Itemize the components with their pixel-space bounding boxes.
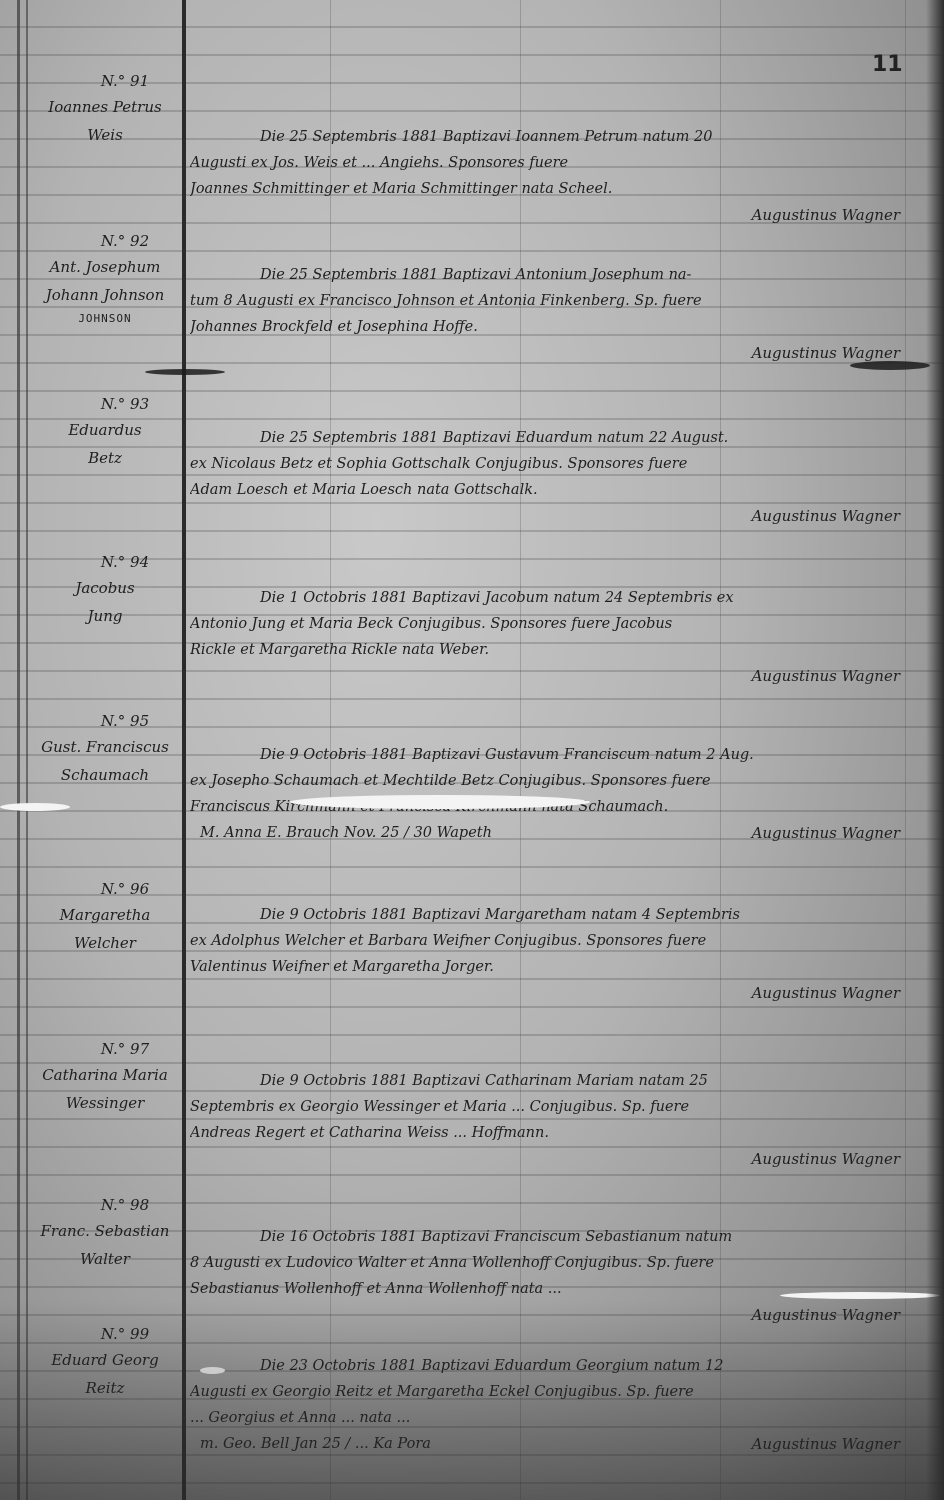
entry-line: Sebastianus Wollenhoff et Anna Wollenhof… <box>190 1276 910 1302</box>
entry-line: Die 9 Octobris 1881 Baptizavi Margaretha… <box>190 902 910 928</box>
entry-text: Die 9 Octobris 1881 Baptizavi Margaretha… <box>190 902 910 1006</box>
entry-number: N.° 94 <box>70 553 180 571</box>
priest-signature: Augustinus Wagner <box>190 1146 910 1172</box>
child-surname: Walter <box>30 1250 180 1268</box>
scan-shadow <box>0 1300 944 1500</box>
entry-text: Die 9 Octobris 1881 Baptizavi Catharinam… <box>190 1068 910 1172</box>
child-surname: Betz <box>30 449 180 467</box>
entry-line: ex Nicolaus Betz et Sophia Gottschalk Co… <box>190 451 910 477</box>
child-surname: Jung <box>30 607 180 625</box>
priest-signature: Augustinus Wagner <box>190 503 910 529</box>
child-surname: Wessinger <box>30 1094 180 1112</box>
margin-annotation: JOHNSON <box>30 312 180 325</box>
entry-line: Die 9 Octobris 1881 Baptizavi Gustavum F… <box>190 742 910 768</box>
entry-line: Joannes Schmittinger et Maria Schmitting… <box>190 176 910 202</box>
entry-line: Die 16 Octobris 1881 Baptizavi Franciscu… <box>190 1224 910 1250</box>
entry-line: tum 8 Augusti ex Francisco Johnson et An… <box>190 288 910 314</box>
entry-number: N.° 97 <box>70 1040 180 1058</box>
entry-line: Andreas Regert et Catharina Weiss ... Ho… <box>190 1120 910 1146</box>
margin-rule-inner <box>26 0 28 1500</box>
entry-margin: N.° 96 Margaretha Welcher <box>30 880 180 952</box>
entry-line: Augusti ex Jos. Weis et ... Angiehs. Spo… <box>190 150 910 176</box>
child-surname: Weis <box>30 126 180 144</box>
scan-blot <box>0 803 70 811</box>
entry-line: Rickle et Margaretha Rickle nata Weber. <box>190 637 910 663</box>
entry-margin: N.° 92 Ant. Josephum Johann Johnson JOHN… <box>30 232 180 325</box>
entry-line: Die 25 Septembris 1881 Baptizavi Ioannem… <box>190 124 910 150</box>
entry-text: Die 9 Octobris 1881 Baptizavi Gustavum F… <box>190 742 910 846</box>
entry-number: N.° 96 <box>70 880 180 898</box>
entry-margin: N.° 94 Jacobus Jung <box>30 553 180 625</box>
marriage-note: M. Anna E. Brauch Nov. 25 / 30 Wapeth <box>190 820 492 846</box>
entry-margin: N.° 91 Ioannes Petrus Weis <box>30 72 180 144</box>
child-surname: Johann Johnson <box>30 286 180 304</box>
child-given-name: Ioannes Petrus <box>30 98 180 116</box>
entry-text: Die 1 Octobris 1881 Baptizavi Jacobum na… <box>190 585 910 689</box>
child-surname: Schaumach <box>30 766 180 784</box>
entry-line: Die 9 Octobris 1881 Baptizavi Catharinam… <box>190 1068 910 1094</box>
entry-line: 8 Augusti ex Ludovico Walter et Anna Wol… <box>190 1250 910 1276</box>
entry-margin: N.° 98 Franc. Sebastian Walter <box>30 1196 180 1268</box>
entry-number: N.° 93 <box>70 395 180 413</box>
scan-blot <box>290 795 590 809</box>
entry-line: Die 1 Octobris 1881 Baptizavi Jacobum na… <box>190 585 910 611</box>
margin-rule-outer <box>17 0 20 1500</box>
scan-blot <box>780 1292 940 1299</box>
priest-signature: Augustinus Wagner <box>190 202 910 228</box>
ink-smudge <box>850 361 930 370</box>
priest-signature: Augustinus Wagner <box>190 663 910 689</box>
child-given-name: Franc. Sebastian <box>30 1222 180 1240</box>
entry-number: N.° 92 <box>70 232 180 250</box>
entry-line: Die 25 Septembris 1881 Baptizavi Antoniu… <box>190 262 910 288</box>
entry-line: Die 25 Septembris 1881 Baptizavi Eduardu… <box>190 425 910 451</box>
entry-line: Johannes Brockfeld et Josephina Hoffe. <box>190 314 910 340</box>
entry-text: Die 25 Septembris 1881 Baptizavi Antoniu… <box>190 262 910 366</box>
entry-line: Septembris ex Georgio Wessinger et Maria… <box>190 1094 910 1120</box>
child-given-name: Eduardus <box>30 421 180 439</box>
entry-line: ex Josepho Schaumach et Mechtilde Betz C… <box>190 768 910 794</box>
column-divider <box>182 0 186 1500</box>
page-number: 11 <box>872 52 903 77</box>
priest-signature: Augustinus Wagner <box>190 340 910 366</box>
child-given-name: Ant. Josephum <box>30 258 180 276</box>
child-given-name: Jacobus <box>30 579 180 597</box>
priest-signature: Augustinus Wagner <box>752 820 910 846</box>
register-page: 11 N.° 91 Ioannes Petrus Weis Die 25 Sep… <box>0 0 944 1500</box>
entry-text: Die 25 Septembris 1881 Baptizavi Eduardu… <box>190 425 910 529</box>
entry-line: Adam Loesch et Maria Loesch nata Gottsch… <box>190 477 910 503</box>
entry-line: Valentinus Weifner et Margaretha Jorger. <box>190 954 910 980</box>
entry-margin: N.° 93 Eduardus Betz <box>30 395 180 467</box>
entry-margin: N.° 97 Catharina Maria Wessinger <box>30 1040 180 1112</box>
entry-number: N.° 91 <box>70 72 180 90</box>
entry-number: N.° 98 <box>70 1196 180 1214</box>
entry-text: Die 25 Septembris 1881 Baptizavi Ioannem… <box>190 124 910 228</box>
entry-line: Antonio Jung et Maria Beck Conjugibus. S… <box>190 611 910 637</box>
child-given-name: Catharina Maria <box>30 1066 180 1084</box>
note-row: M. Anna E. Brauch Nov. 25 / 30 Wapeth Au… <box>190 820 910 846</box>
child-given-name: Gust. Franciscus <box>30 738 180 756</box>
entry-line: ex Adolphus Welcher et Barbara Weifner C… <box>190 928 910 954</box>
priest-signature: Augustinus Wagner <box>190 980 910 1006</box>
child-given-name: Margaretha <box>30 906 180 924</box>
entry-margin: N.° 95 Gust. Franciscus Schaumach <box>30 712 180 784</box>
ink-smudge <box>145 369 225 375</box>
child-surname: Welcher <box>30 934 180 952</box>
entry-number: N.° 95 <box>70 712 180 730</box>
